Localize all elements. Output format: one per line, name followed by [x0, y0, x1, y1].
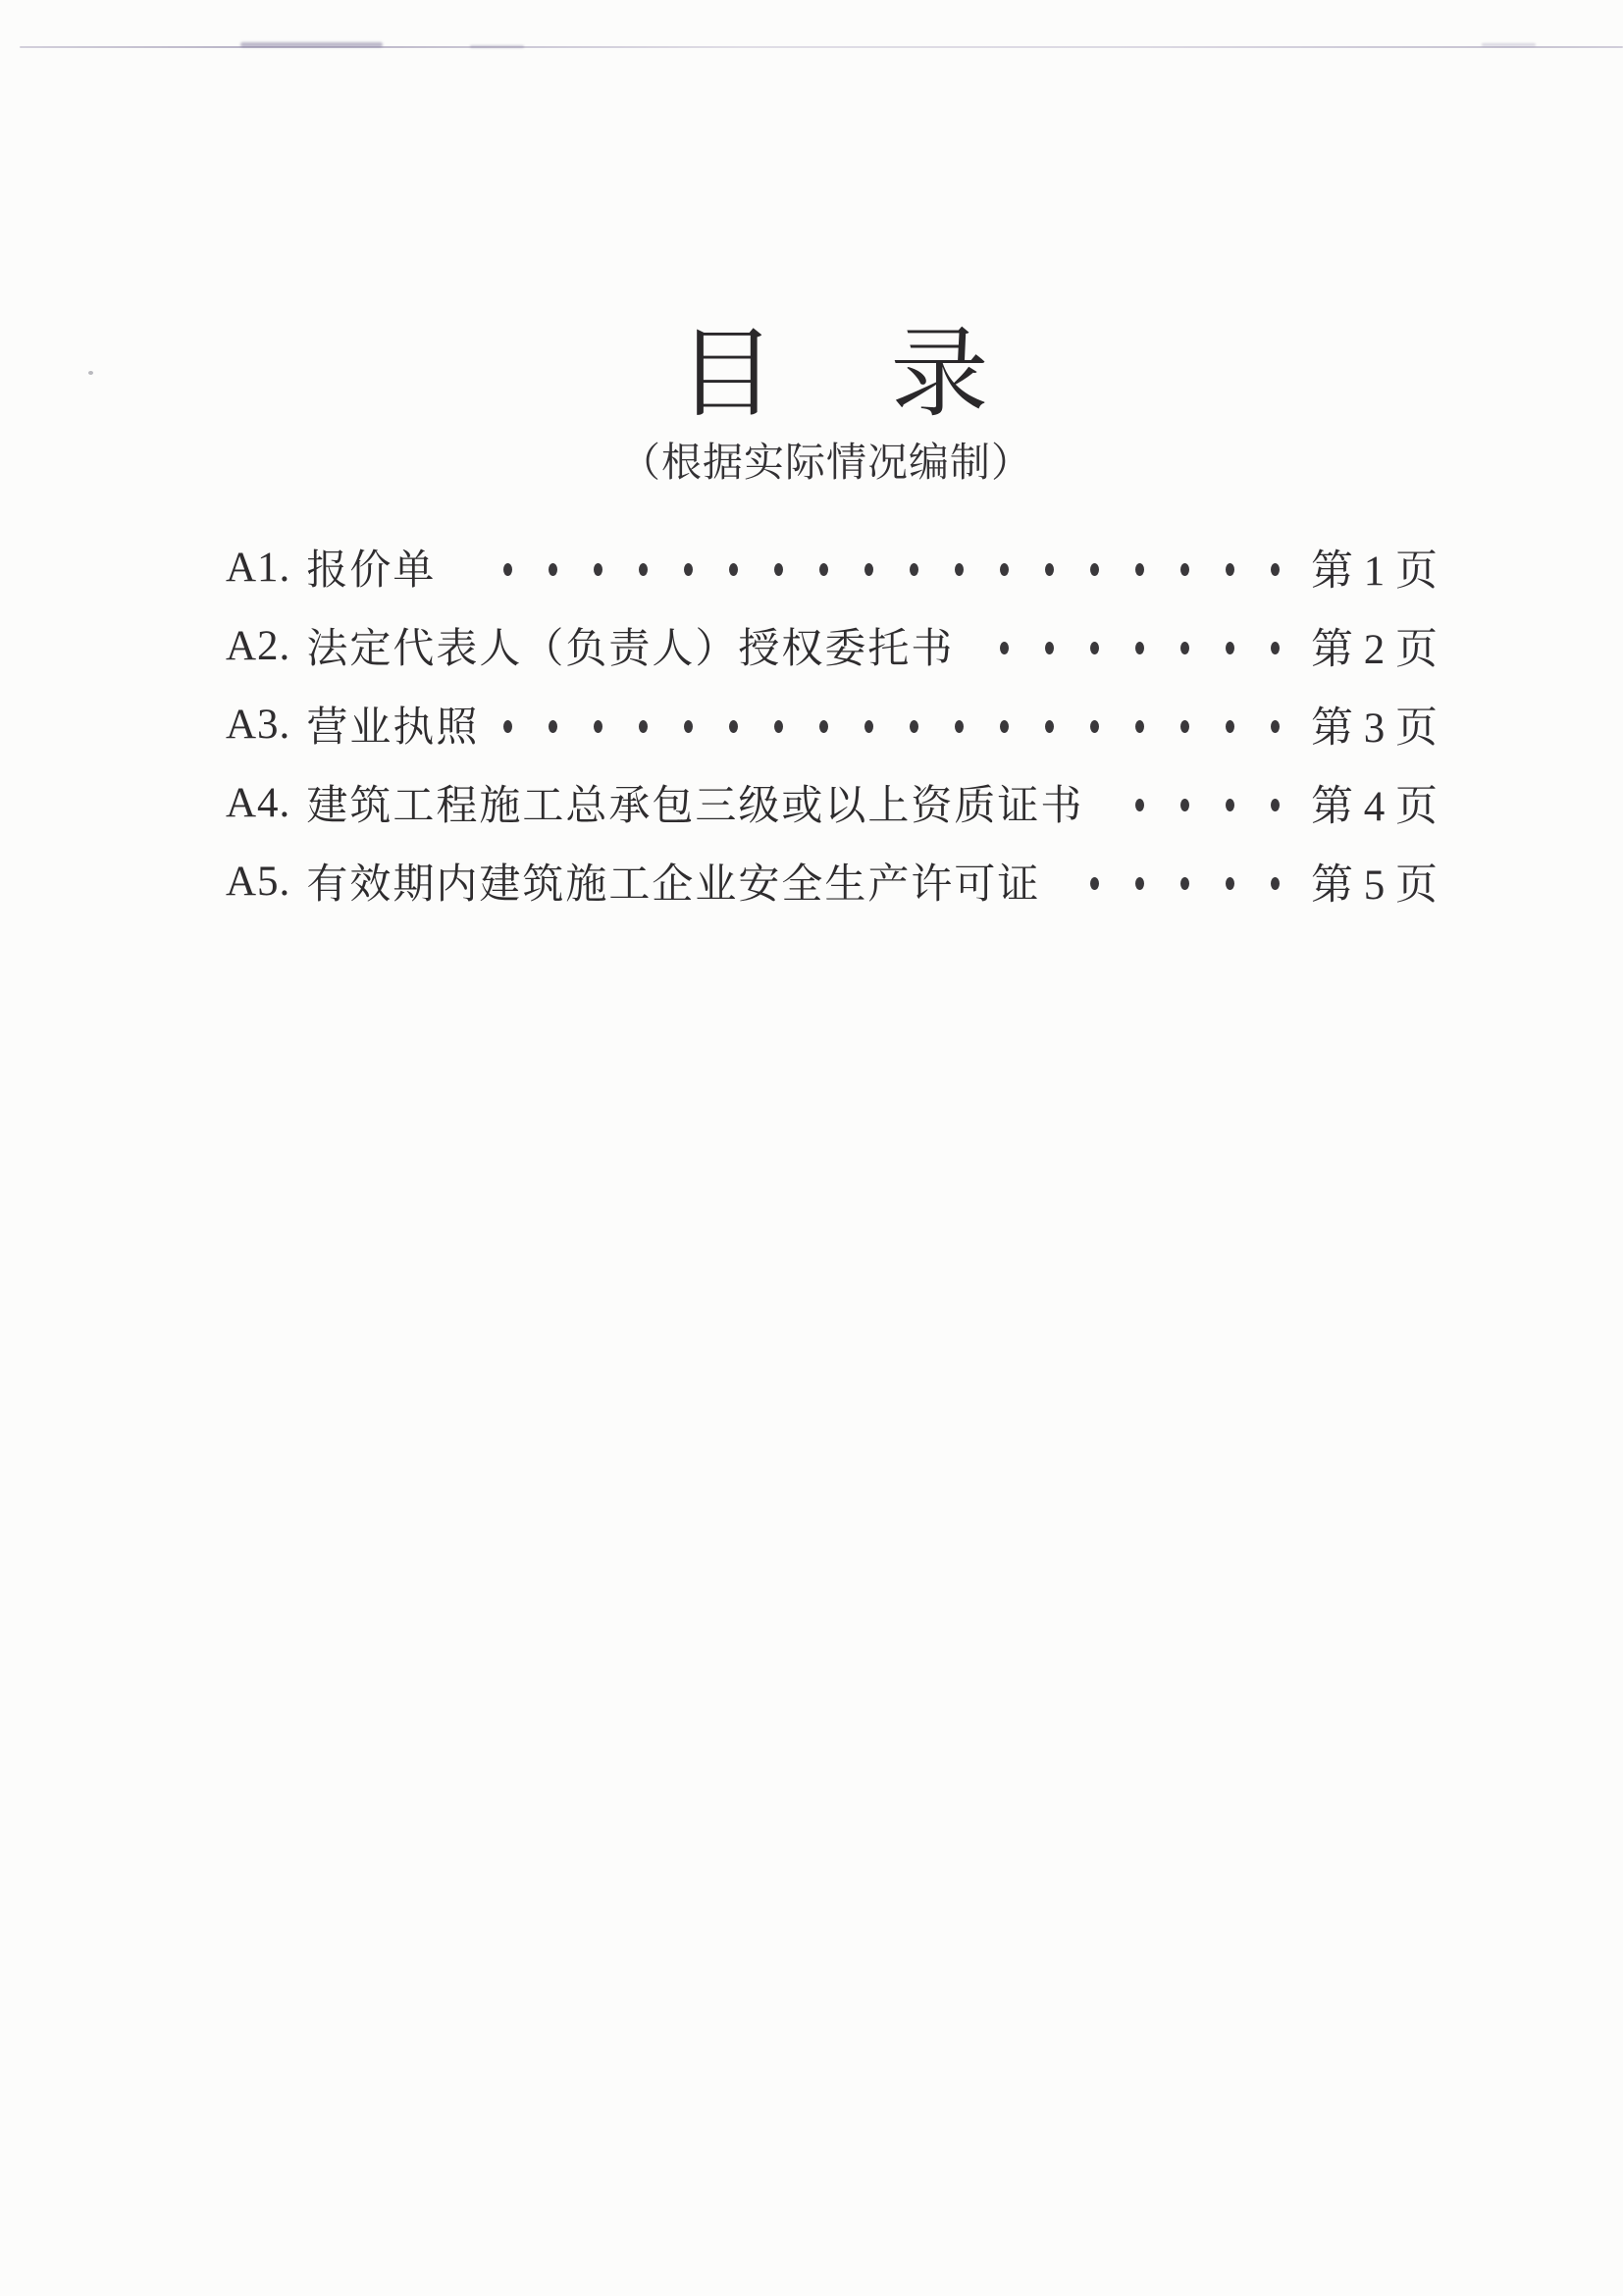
document-page: { "page": { "title": "目 录", "subtitle": … [0, 0, 1623, 2296]
leader-dot [1226, 563, 1234, 576]
leader-dot [1226, 799, 1234, 811]
leader-dot [864, 720, 873, 733]
leader-dot [1090, 877, 1099, 890]
leader-dot [955, 563, 964, 576]
leader-dot [503, 563, 512, 576]
leader-dot [1135, 563, 1144, 576]
page-title: 目 录 [23, 294, 1623, 436]
toc-item-number: A5. [226, 858, 290, 906]
leader-dot [1045, 563, 1054, 576]
toc-row: A1.报价单第 1 页 [226, 528, 1438, 606]
leader-dot [1090, 642, 1099, 654]
leader-dot [1180, 877, 1189, 890]
leader-dot [774, 563, 783, 576]
leader-dot [955, 720, 964, 733]
toc-item-number: A3. [226, 701, 290, 749]
toc-item-number: A1. [226, 544, 290, 592]
toc-row: A2.法定代表人（负责人）授权委托书第 2 页 [226, 606, 1438, 685]
leader-dot [864, 563, 873, 576]
scan-artifact-smudge [1482, 43, 1536, 46]
leader-dot [1000, 642, 1009, 654]
toc-page-number: 第 3 页 [1311, 695, 1438, 755]
leader-dot [1271, 642, 1280, 654]
leader-dot [1000, 563, 1009, 576]
leader-dots [503, 559, 1280, 576]
leader-dot [1180, 642, 1189, 654]
leader-dot [819, 720, 828, 733]
leader-dot [1271, 799, 1280, 811]
leader-dot [1000, 720, 1009, 733]
leader-dot [729, 563, 738, 576]
scan-artifact-smudge [470, 45, 524, 48]
leader-dots [1000, 638, 1280, 654]
leader-dots [1135, 795, 1280, 811]
leader-dot [594, 563, 602, 576]
toc-item-label: 有效期内建筑施工企业安全生产许可证 [306, 852, 1040, 911]
leader-dot [1135, 877, 1144, 890]
leader-dot [1226, 642, 1234, 654]
toc-row: A5.有效期内建筑施工企业安全生产许可证第 5 页 [226, 842, 1438, 920]
toc-page-number: 第 5 页 [1311, 852, 1438, 912]
leader-dot [594, 720, 602, 733]
leader-dot [1226, 720, 1234, 733]
leader-dot [1135, 642, 1144, 654]
leader-dot [1045, 720, 1054, 733]
leader-dot [1271, 877, 1280, 890]
toc-item-number: A2. [226, 622, 290, 670]
toc-page-number: 第 2 页 [1311, 616, 1438, 676]
toc-item-number: A4. [226, 779, 290, 827]
leader-dot [1045, 642, 1054, 654]
leader-dot [910, 720, 918, 733]
leader-dot [1135, 720, 1144, 733]
leader-dots [1090, 873, 1280, 890]
leader-dot [819, 563, 828, 576]
toc-item-label: 营业执照 [306, 695, 479, 754]
table-of-contents: A1.报价单第 1 页A2.法定代表人（负责人）授权委托书第 2 页A3.营业执… [226, 528, 1438, 920]
leader-dot [1135, 799, 1144, 811]
leader-dot [639, 563, 648, 576]
leader-dot [774, 720, 783, 733]
leader-dot [549, 720, 557, 733]
toc-item-label: 法定代表人（负责人）授权委托书 [306, 616, 954, 675]
leader-dot [1090, 720, 1099, 733]
leader-dot [684, 720, 693, 733]
toc-page-number: 第 1 页 [1311, 538, 1438, 598]
scan-artifact-smudge [240, 42, 383, 47]
leader-dot [910, 563, 918, 576]
leader-dot [1180, 720, 1189, 733]
leader-dot [639, 720, 648, 733]
leader-dot [1180, 799, 1189, 811]
toc-row: A4.建筑工程施工总承包三级或以上资质证书第 4 页 [226, 763, 1438, 842]
leader-dot [1180, 563, 1189, 576]
toc-row: A3.营业执照第 3 页 [226, 685, 1438, 763]
leader-dot [1226, 877, 1234, 890]
leader-dot [503, 720, 512, 733]
leader-dot [1271, 563, 1280, 576]
leader-dot [729, 720, 738, 733]
page-subtitle: （根据实际情况编制） [15, 430, 1623, 488]
leader-dot [1271, 720, 1280, 733]
toc-page-number: 第 4 页 [1311, 773, 1438, 833]
toc-item-label: 报价单 [306, 538, 436, 597]
leader-dots [503, 716, 1280, 733]
leader-dot [549, 563, 557, 576]
leader-dot [684, 563, 693, 576]
toc-item-label: 建筑工程施工总承包三级或以上资质证书 [306, 773, 1083, 832]
leader-dot [1090, 563, 1099, 576]
